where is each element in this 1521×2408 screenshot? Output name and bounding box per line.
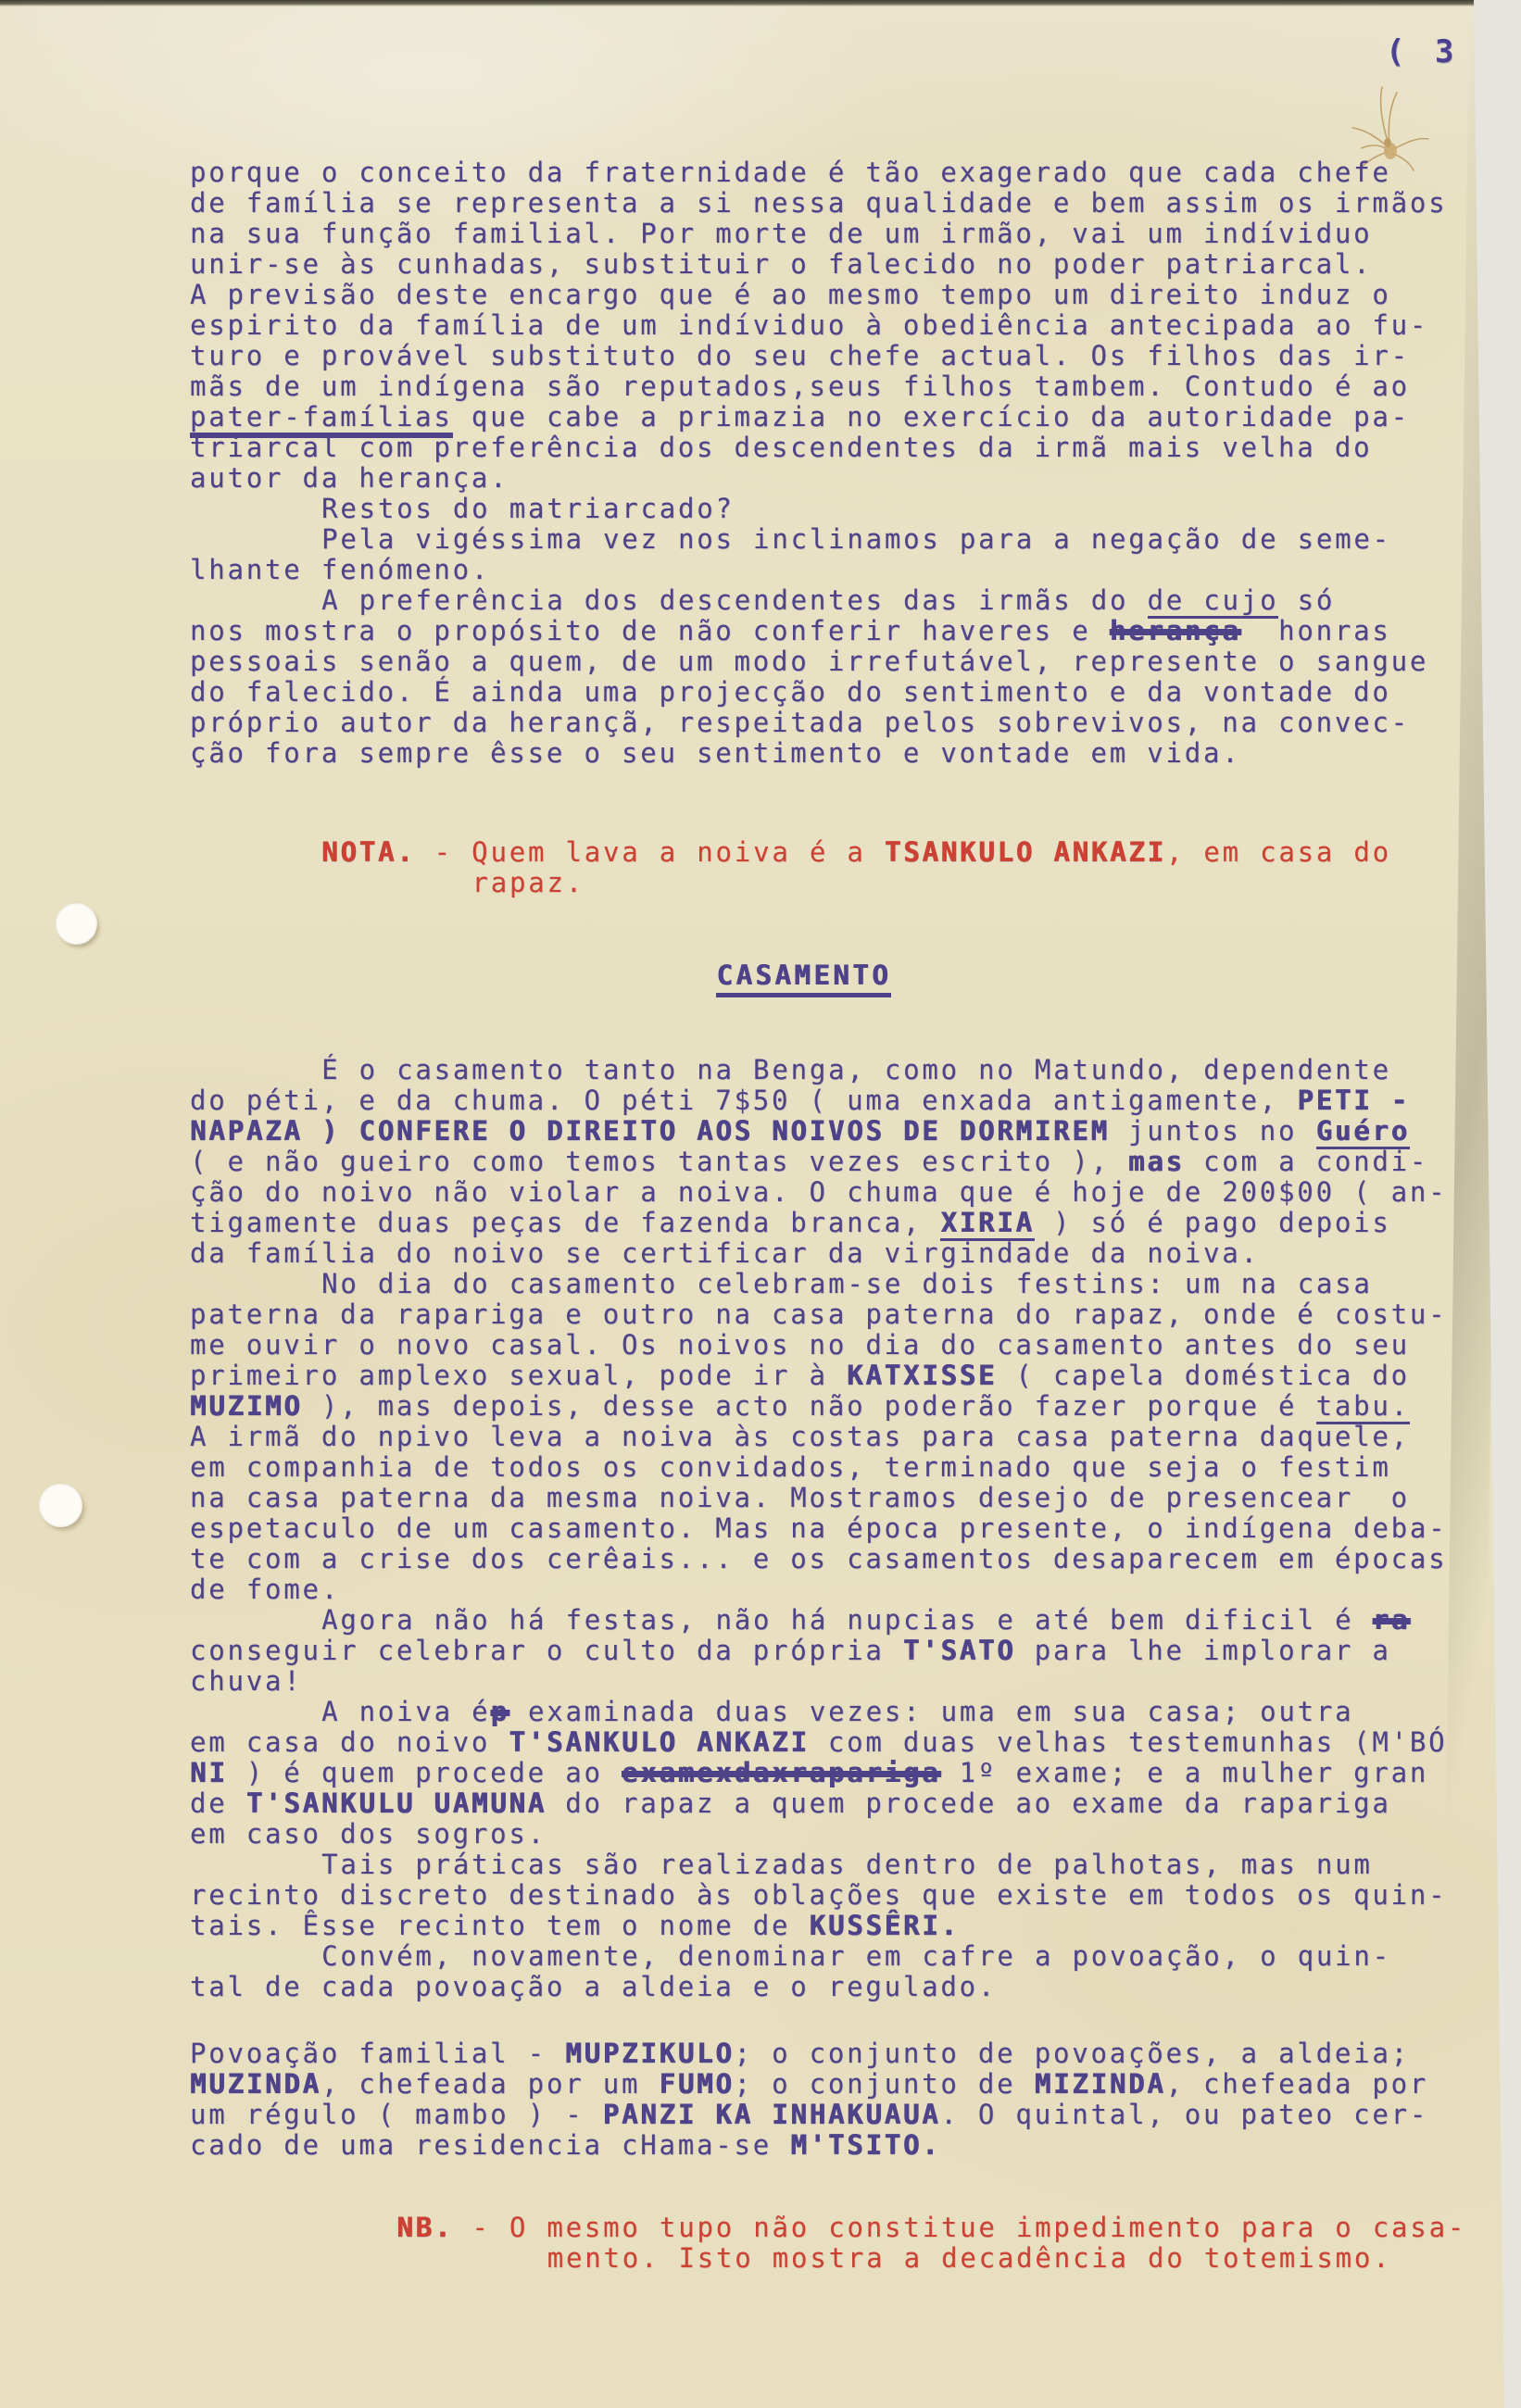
text-segment: chuva! — [190, 1665, 303, 1697]
text-segment: mento. Isto mostra a decadência do totem… — [547, 2242, 1392, 2274]
text-segment: MIZINDA — [1035, 2068, 1166, 2100]
text-line: Pela vigéssima vez nos inclinamos para a… — [190, 524, 1487, 555]
text-line: lhante fenómeno. — [190, 555, 1487, 585]
text-segment: , chefeada por — [1166, 2068, 1429, 2100]
text-segment: com a condi- — [1185, 1146, 1428, 1177]
text-line: Convém, novamente, denominar em cafre a … — [190, 1941, 1487, 1972]
text-segment: NI — [190, 1757, 228, 1788]
text-line: do péti, e da chuma. O péti 7$50 ( uma e… — [190, 1085, 1487, 1116]
text-line: primeiro amplexo sexual, pode ir à KATXI… — [190, 1361, 1487, 1391]
text-line: paterna da rapariga e outro na casa pate… — [190, 1299, 1487, 1330]
text-line: Agora não há festas, não há nupcias e at… — [190, 1605, 1487, 1636]
text-segment: A preferência dos descendentes das irmãs… — [321, 584, 1147, 616]
text-line: tais. Êsse recinto tem o nome de KUSSÊRI… — [190, 1911, 1487, 1941]
text-segment: honras — [1241, 615, 1391, 646]
text-line: de T'SANKULU UAMUNA do rapaz a quem proc… — [190, 1788, 1487, 1819]
text-segment: No dia do casamento celebram-se dois fes… — [321, 1268, 1373, 1299]
text-segment: Restos do matriarcado? — [321, 493, 735, 524]
text-line: na casa paterna da mesma noiva. Mostramo… — [190, 1483, 1487, 1513]
text-line: No dia do casamento celebram-se dois fes… — [190, 1269, 1487, 1299]
text-line: na sua função familial. Por morte de um … — [190, 219, 1487, 249]
text-segment: juntos no — [1110, 1115, 1316, 1147]
document-body: porque o conceito da fraternidade é tão … — [190, 157, 1487, 2274]
text-line: NAPAZA ) CONFERE O DIREITO AOS NOIVOS DE… — [190, 1116, 1487, 1147]
text-segment: com duas velhas testemunhas (M'BÓ — [810, 1726, 1448, 1758]
text-segment: Pela vigéssima vez nos inclinamos para a… — [321, 523, 1391, 555]
text-segment: triarcal com preferência dos descendente… — [190, 432, 1372, 463]
text-segment: MUZIMO — [190, 1390, 303, 1422]
text-line: MUZIMO ), mas depois, desse acto não pod… — [190, 1391, 1487, 1422]
text-segment: ; o conjunto de povoações, a aldeia; — [735, 2038, 1410, 2069]
text-line: em companhia de todos os convidados, ter… — [190, 1452, 1487, 1483]
text-segment: da família do noivo se certificar da vir… — [190, 1237, 1260, 1269]
text-segment: , em casa do — [1166, 836, 1391, 868]
text-segment: KUSSÊRI. — [810, 1910, 960, 1941]
text-segment: - Quem lava a noiva é a — [415, 836, 885, 868]
text-segment: Tais práticas são realizadas dentro de p… — [321, 1849, 1373, 1880]
text-line: autor da herança. — [190, 463, 1487, 494]
text-segment: autor da herança. — [190, 462, 509, 494]
text-line: tal de cada povoação a aldeia e o regula… — [190, 1972, 1487, 2002]
text-line: A previsão deste encargo que é ao mesmo … — [190, 280, 1487, 310]
text-line: A irmã do npivo leva a noiva às costas p… — [190, 1422, 1487, 1452]
text-segment: unir-se às cunhadas, substituir o faleci… — [190, 248, 1372, 280]
text-segment: na casa paterna da mesma noiva. Mostramo… — [190, 1482, 1410, 1513]
text-segment: - O mesmo tupo não constitue impedimento… — [453, 2212, 1466, 2243]
text-segment: NB. — [396, 2212, 453, 2243]
text-segment: examexdaxrapariga — [622, 1757, 940, 1788]
text-segment: tabu. — [1316, 1390, 1410, 1424]
text-line: de família se representa a si nessa qual… — [190, 188, 1487, 219]
text-line: NI ) é quem procede ao examexdaxrapariga… — [190, 1758, 1487, 1788]
text-segment: me ouvir o novo casal. Os noivos no dia … — [190, 1329, 1410, 1361]
text-segment: Povoação familial - — [190, 2038, 565, 2069]
text-line: pessoais senão a quem, de um modo irrefu… — [190, 646, 1487, 677]
text-segment: . O quintal, ou pateo cer- — [940, 2099, 1428, 2130]
text-segment: só — [1278, 584, 1335, 616]
text-segment: próprio autor da herançã, respeitada pel… — [190, 707, 1410, 738]
text-line: tigamente duas peças de fazenda branca, … — [190, 1208, 1487, 1238]
text-line: um régulo ( mambo ) - PANZI KA INHAKUAUA… — [190, 2100, 1487, 2130]
text-segment: T'SANKULU UAMUNA — [246, 1787, 547, 1819]
text-segment: ) só é pago depois — [1035, 1207, 1391, 1238]
text-segment: KATXISSE — [847, 1360, 997, 1391]
text-line: ( e não gueiro como temos tantas vezes e… — [190, 1147, 1487, 1177]
text-segment: p — [490, 1696, 509, 1727]
text-line: mãs de um indígena são reputados,seus fi… — [190, 371, 1487, 402]
text-segment: de — [190, 1787, 246, 1819]
text-line: rapaz. — [190, 868, 1487, 898]
text-segment: herança — [1110, 615, 1241, 646]
text-line: te com a crise dos cerêais... e os casam… — [190, 1544, 1487, 1574]
text-segment: primeiro amplexo sexual, pode ir à — [190, 1360, 847, 1391]
text-segment: um régulo ( mambo ) - — [190, 2099, 603, 2130]
text-line: NOTA. - Quem lava a noiva é a TSANKULO A… — [190, 837, 1487, 868]
text-line: unir-se às cunhadas, substituir o faleci… — [190, 249, 1487, 280]
text-line: mento. Isto mostra a decadência do totem… — [190, 2243, 1487, 2274]
text-line: Restos do matriarcado? — [190, 494, 1487, 524]
text-segment: ) é quem procede ao — [228, 1757, 622, 1788]
text-segment: tais. Êsse recinto tem o nome de — [190, 1910, 810, 1941]
text-line: espetaculo de um casamento. Mas na época… — [190, 1513, 1487, 1544]
text-segment: PETI - — [1297, 1085, 1410, 1116]
hole-punch — [39, 1484, 82, 1527]
text-segment: conseguir celebrar o culto da própria — [190, 1635, 903, 1666]
text-line: em casa do noivo T'SANKULO ANKAZI com du… — [190, 1727, 1487, 1758]
text-segment: cado de uma residencia cHama-se — [190, 2129, 790, 2161]
paper-sheet: ( 3 porque o conceito da fraternidade é … — [0, 0, 1521, 2408]
text-segment: ção do noivo não violar a noiva. O chuma… — [190, 1176, 1447, 1208]
text-segment: te com a crise dos cerêais... e os casam… — [190, 1543, 1447, 1574]
text-segment: 1º exame; e a mulher gran — [940, 1757, 1428, 1788]
text-segment: examinada duas vezes: uma em sua casa; o… — [509, 1696, 1354, 1727]
text-segment: de família se representa a si nessa qual… — [190, 187, 1447, 219]
text-segment: nos mostra o propósito de não conferir h… — [190, 615, 1110, 646]
text-segment: pessoais senão a quem, de um modo irrefu… — [190, 646, 1428, 677]
text-segment: para lhe implorar a — [1015, 1635, 1390, 1666]
text-line: Povoação familial - MUPZIKULO; o conjunt… — [190, 2038, 1487, 2069]
text-segment: rapaz. — [472, 867, 585, 898]
text-segment: MUPZIKULO — [565, 2038, 734, 2069]
text-line: turo e provável substituto do seu chefe … — [190, 341, 1487, 371]
text-segment: A previsão deste encargo que é ao mesmo … — [190, 279, 1391, 310]
text-segment: ), mas depois, desse acto não poderão fa… — [303, 1390, 1316, 1422]
text-segment: ção fora sempre êsse o seu sentimento e … — [190, 737, 1241, 769]
text-line: chuva! — [190, 1666, 1487, 1697]
text-line: Tais práticas são realizadas dentro de p… — [190, 1850, 1487, 1880]
text-segment: TSANKULO ANKAZI — [885, 836, 1166, 868]
hole-punch — [56, 903, 97, 945]
text-segment: mas — [1128, 1146, 1185, 1177]
text-segment: A irmã do npivo leva a noiva às costas p… — [190, 1421, 1410, 1452]
text-line: espirito da família de um indíviduo à ob… — [190, 310, 1487, 341]
text-segment: Agora não há festas, não há nupcias e at… — [321, 1604, 1373, 1636]
text-segment: NAPAZA ) CONFERE O DIREITO AOS NOIVOS DE… — [190, 1115, 1110, 1147]
text-segment: em casa do noivo — [190, 1726, 509, 1758]
text-segment: XIRIA — [940, 1207, 1034, 1241]
text-line: de fome. — [190, 1574, 1487, 1605]
text-line: do falecido. É ainda uma projecção do se… — [190, 677, 1487, 708]
text-line: recinto discreto destinado às oblações q… — [190, 1880, 1487, 1911]
text-line: da família do noivo se certificar da vir… — [190, 1238, 1487, 1269]
text-segment: PANZI KA INHAKUAUA — [603, 2099, 941, 2130]
text-segment: do péti, e da chuma. O péti 7$50 ( uma e… — [190, 1085, 1297, 1116]
text-line: A noiva ép examinada duas vezes: uma em … — [190, 1697, 1487, 1727]
text-segment: porque o conceito da fraternidade é tão … — [190, 157, 1391, 188]
text-line: pater-famílias que cabe a primazia no ex… — [190, 402, 1487, 433]
text-segment: mãs de um indígena são reputados,seus fi… — [190, 370, 1410, 402]
text-segment: ( capela doméstica do — [997, 1360, 1410, 1391]
text-segment: tigamente duas peças de fazenda branca, — [190, 1207, 940, 1238]
text-line: ção fora sempre êsse o seu sentimento e … — [190, 738, 1487, 769]
text-segment: T'SATO — [903, 1635, 1016, 1666]
text-segment: M'TSITO. — [790, 2129, 940, 2161]
text-line: em caso dos sogros. — [190, 1819, 1487, 1850]
text-segment: turo e provável substituto do seu chefe … — [190, 340, 1410, 371]
text-line: triarcal com preferência dos descendente… — [190, 433, 1487, 463]
text-segment: T'SANKULO ANKAZI — [509, 1726, 809, 1758]
page-number: ( 3 — [1386, 33, 1459, 70]
text-line: conseguir celebrar o culto da própria T'… — [190, 1636, 1487, 1666]
text-segment: em caso dos sogros. — [190, 1818, 547, 1850]
text-segment: paterna da rapariga e outro na casa pate… — [190, 1298, 1447, 1330]
text-segment: do falecido. É ainda uma projecção do se… — [190, 676, 1391, 708]
text-segment: que cabe a primazia no exercício da auto… — [453, 401, 1410, 433]
text-line: próprio autor da herançã, respeitada pel… — [190, 708, 1487, 738]
text-line: nos mostra o propósito de não conferir h… — [190, 616, 1487, 646]
text-segment: ( e não gueiro como temos tantas vezes e… — [190, 1146, 1128, 1177]
text-segment: tal de cada povoação a aldeia e o regula… — [190, 1971, 997, 2002]
text-line: cado de uma residencia cHama-se M'TSITO. — [190, 2130, 1487, 2161]
text-segment: FUMO — [660, 2068, 735, 2100]
text-segment: ; o conjunto de — [735, 2068, 1035, 2100]
text-line: A preferência dos descendentes das irmãs… — [190, 585, 1487, 616]
text-segment: A noiva é — [321, 1696, 490, 1727]
text-segment: do rapaz a quem procede ao exame da rapa… — [547, 1787, 1391, 1819]
text-segment: Guéro — [1316, 1115, 1410, 1149]
text-line: CASAMENTO — [190, 960, 1487, 991]
text-segment: pater-famílias — [190, 401, 453, 434]
text-segment: em companhia de todos os convidados, ter… — [190, 1451, 1391, 1483]
text-segment: , chefeada por um — [321, 2068, 660, 2100]
paper-top-edge — [0, 0, 1478, 6]
text-segment: de cujo — [1148, 584, 1279, 619]
text-segment: na sua função familial. Por morte de um … — [190, 218, 1372, 249]
text-segment: Convém, novamente, denominar em cafre a … — [321, 1940, 1391, 1972]
text-segment: espirito da família de um indíviduo à ob… — [190, 309, 1428, 341]
text-line: ção do noivo não violar a noiva. O chuma… — [190, 1177, 1487, 1208]
text-line: É o casamento tanto na Benga, como no Ma… — [190, 1055, 1487, 1085]
text-line: me ouvir o novo casal. Os noivos no dia … — [190, 1330, 1487, 1361]
text-segment: É o casamento tanto na Benga, como no Ma… — [321, 1054, 1391, 1085]
text-segment: lhante fenómeno. — [190, 554, 490, 585]
text-line: porque o conceito da fraternidade é tão … — [190, 157, 1487, 188]
text-segment: ra — [1373, 1604, 1411, 1636]
text-segment: de fome. — [190, 1574, 340, 1605]
text-line: NB. - O mesmo tupo não constitue impedim… — [190, 2213, 1487, 2243]
text-segment: MUZINDA — [190, 2068, 321, 2100]
text-segment: recinto discreto destinado às oblações q… — [190, 1879, 1447, 1911]
scan-background: { "page": { "number_label": "( 3", "colo… — [0, 0, 1521, 2408]
text-segment: espetaculo de um casamento. Mas na época… — [190, 1512, 1447, 1544]
text-line: MUZINDA, chefeada por um FUMO; o conjunt… — [190, 2069, 1487, 2100]
section-heading: CASAMENTO — [716, 959, 891, 997]
text-segment: NOTA. — [321, 836, 415, 868]
